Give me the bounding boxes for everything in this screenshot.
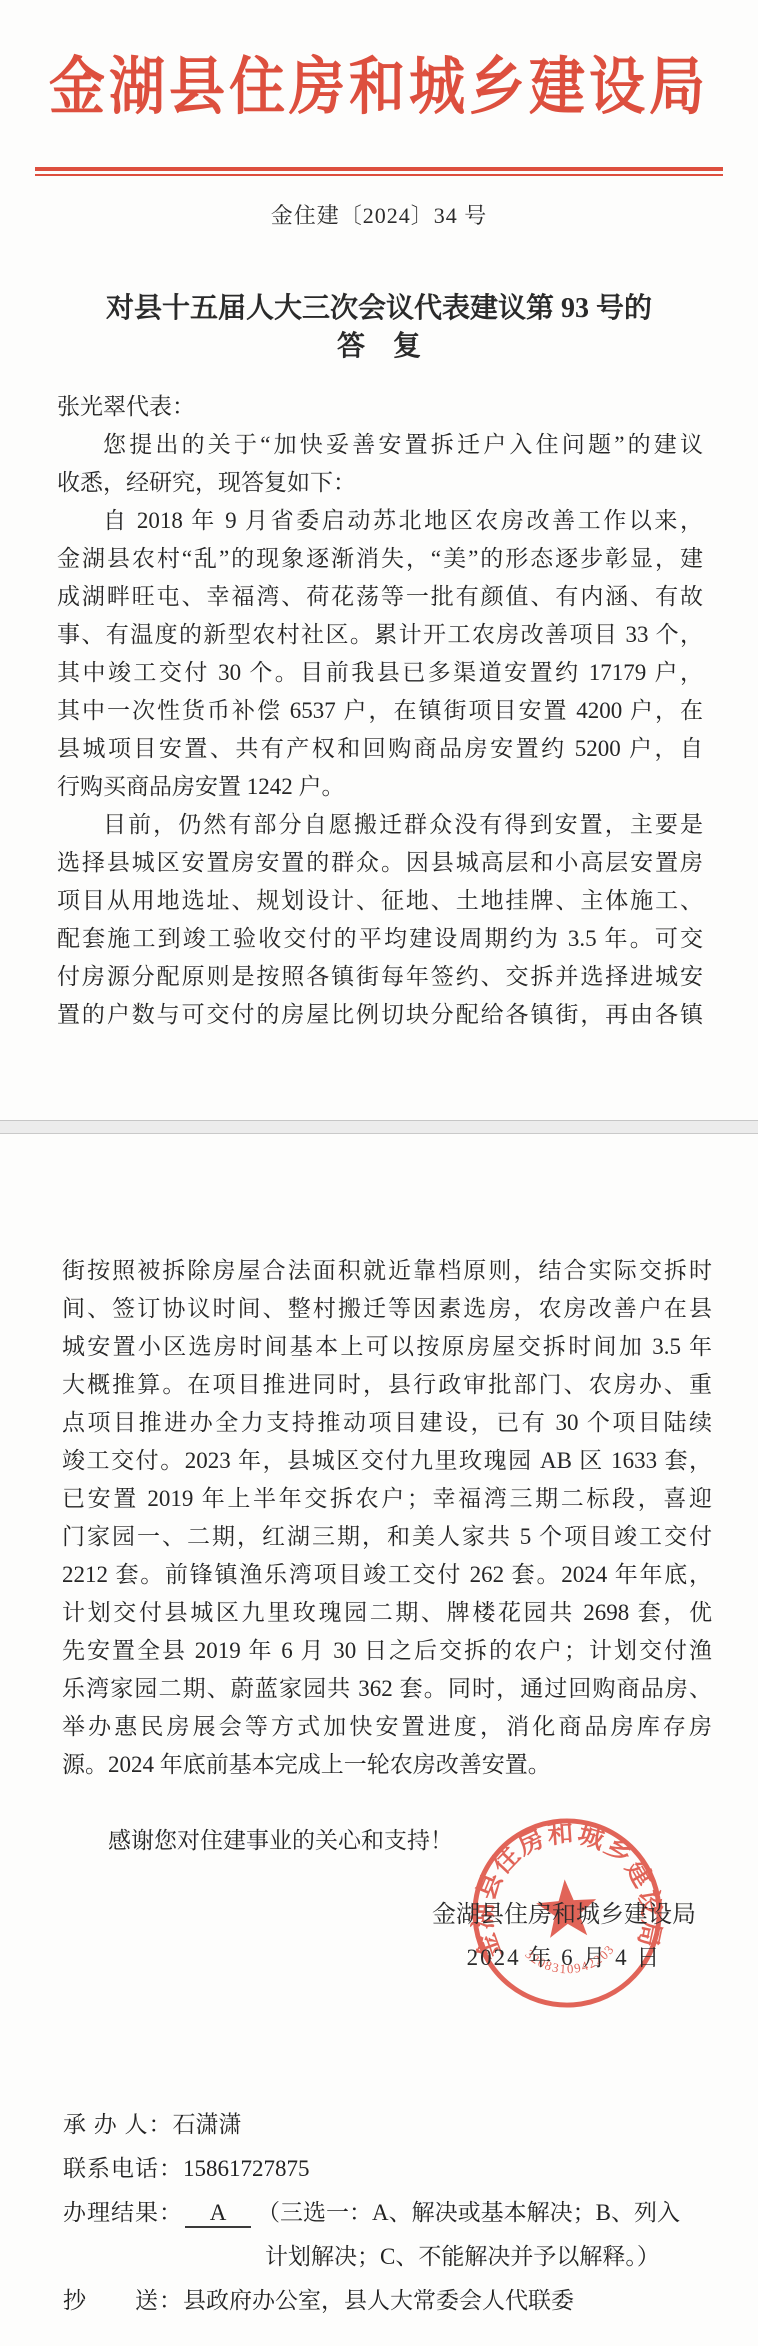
cc-value: 县政府办公室，县人大常委会人代联委 <box>183 2288 574 2313</box>
body-line: 目前，仍然有部分自愿搬迁群众没有得到安置，主要是 <box>57 806 703 844</box>
body-line: 其中竣工交付 30 个。目前我县已多渠道安置约 17179 户， <box>57 654 703 692</box>
body-line: 自 2018 年 9 月省委启动苏北地区农房改善工作以来， <box>57 502 703 540</box>
paragraph: 您提出的关于“加快妥善安置拆迁户入住问题”的建议收悉，经研究，现答复如下： <box>57 426 703 502</box>
footer-result-row-cont: 计划解决；C、不能解决并予以解释。） <box>63 2242 723 2272</box>
letterhead-title: 金湖县住房和城乡建设局 <box>0 34 758 142</box>
footer-result-row: 办理结果：A（三选一：A、解决或基本解决；B、列入 <box>63 2198 723 2228</box>
paragraph: 自 2018 年 9 月省委启动苏北地区农房改善工作以来，金湖县农村“乱”的现象… <box>57 502 703 806</box>
footer-contact-row: 承 办 人：石潇潇 <box>63 2110 723 2140</box>
body-line: 选择县城区安置房安置的群众。因县城高层和小高层安置房 <box>57 844 703 882</box>
document-number: 金住建〔2024〕34 号 <box>0 199 758 230</box>
result-label: 办理结果： <box>63 2200 183 2225</box>
document-title-line1: 对县十五届人大三次会议代表建议第 93 号的 <box>0 290 758 328</box>
contact-value: 石潇潇 <box>173 2112 242 2137</box>
body-line: 间、签订协议时间、整村搬迁等因素选房，农房改善户在县 <box>62 1290 712 1328</box>
body-line: 配套施工到竣工验收交付的平均建设周期约为 3.5 年。可交 <box>57 920 703 958</box>
contact-label: 承 办 人： <box>63 2112 173 2137</box>
body-line: 项目从用地选址、规划设计、征地、土地挂牌、主体施工、 <box>57 882 703 920</box>
body-line: 竣工交付。2023 年，县城区交付九里玫瑰园 AB 区 1633 套， <box>62 1442 712 1480</box>
phone-label: 联系电话： <box>63 2156 183 2181</box>
signature-block: 金湖县住房和城乡建设局 2024 年 6 月 4 日 <box>426 1898 702 1975</box>
letterhead-rule-thick <box>35 167 723 171</box>
body-line: 事、有温度的新型农村社区。累计开工农房改善项目 33 个， <box>57 616 703 654</box>
page-break-band <box>0 1120 758 1134</box>
letterhead-rule-thin <box>35 174 723 176</box>
body-line: 举办惠民房展会等方式加快安置进度，消化商品房库存房 <box>62 1708 712 1746</box>
phone-value: 15861727875 <box>183 2156 310 2181</box>
body-line: 先安置全县 2019 年 6 月 30 日之后交拆的农户；计划交付渔 <box>62 1632 712 1670</box>
body-line: 点项目推进办全力支持推动项目建设，已有 30 个项目陆续 <box>62 1404 712 1442</box>
body-line: 乐湾家园二期、蔚蓝家园共 362 套。同时，通过回购商品房、 <box>62 1670 712 1708</box>
body-line: 城安置小区选房时间基本上可以按原房屋交拆时间加 3.5 年 <box>62 1328 712 1366</box>
paragraph: 目前，仍然有部分自愿搬迁群众没有得到安置，主要是选择县城区安置房安置的群众。因县… <box>57 806 703 1034</box>
document-title-line2: 答 复 <box>0 328 758 366</box>
body-line: 付房源分配原则是按照各镇街每年签约、交拆并选择进城安 <box>57 958 703 996</box>
signature-org: 金湖县住房和城乡建设局 <box>426 1898 702 1932</box>
result-note-line1: （三选一：A、解决或基本解决；B、列入 <box>257 2200 680 2225</box>
body-line: 张光翠代表： <box>57 388 703 426</box>
body-line: 大概推算。在项目推进同时，县行政审批部门、农房办、重 <box>62 1366 712 1404</box>
body-page2: 街按照被拆除房屋合法面积就近靠档原则，结合实际交拆时间、签订协议时间、整村搬迁等… <box>62 1252 712 1860</box>
body-line: 成湖畔旺屯、幸福湾、荷花荡等一批有颜值、有内涵、有故 <box>57 578 703 616</box>
result-note-line2: 计划解决；C、不能解决并予以解释。） <box>265 2244 660 2269</box>
body-line: 您提出的关于“加快妥善安置拆迁户入住问题”的建议 <box>57 426 703 464</box>
paragraph: 张光翠代表： <box>57 388 703 426</box>
body-line: 门家园一、二期，红湖三期，和美人家共 5 个项目竣工交付 <box>62 1518 712 1556</box>
body-line: 其中一次性货币补偿 6537 户，在镇街项目安置 4200 户，在 <box>57 692 703 730</box>
body-line: 行购买商品房安置 1242 户。 <box>57 768 703 806</box>
body-page1: 张光翠代表：您提出的关于“加快妥善安置拆迁户入住问题”的建议收悉，经研究，现答复… <box>57 388 703 1034</box>
result-value: A <box>185 2200 251 2228</box>
footer-block: 承 办 人：石潇潇 联系电话：15861727875 办理结果：A（三选一：A、… <box>63 2110 723 2330</box>
document-page: 金湖县住房和城乡建设局 金住建〔2024〕34 号 对县十五届人大三次会议代表建… <box>0 0 758 2346</box>
footer-phone-row: 联系电话：15861727875 <box>63 2154 723 2184</box>
footer-cc-row: 抄 送：县政府办公室，县人大常委会人代联委 <box>63 2286 723 2316</box>
body-line: 计划交付县城区九里玫瑰园二期、牌楼花园共 2698 套，优 <box>62 1594 712 1632</box>
body-line: 收悉，经研究，现答复如下： <box>57 464 703 502</box>
body-line: 2212 套。前锋镇渔乐湾项目竣工交付 262 套。2024 年年底， <box>62 1556 712 1594</box>
paragraph: 街按照被拆除房屋合法面积就近靠档原则，结合实际交拆时间、签订协议时间、整村搬迁等… <box>62 1252 712 1784</box>
body-line: 县城项目安置、共有产权和回购商品房安置约 5200 户，自 <box>57 730 703 768</box>
body-line: 已安置 2019 年上半年交拆农户；幸福湾三期二标段，喜迎 <box>62 1480 712 1518</box>
body-line: 源。2024 年底前基本完成上一轮农房改善安置。 <box>62 1746 712 1784</box>
body-line: 金湖县农村“乱”的现象逐渐消失，“美”的形态逐步彰显，建 <box>57 540 703 578</box>
body-line: 街按照被拆除房屋合法面积就近靠档原则，结合实际交拆时 <box>62 1252 712 1290</box>
document-title: 对县十五届人大三次会议代表建议第 93 号的 答 复 <box>0 290 758 366</box>
cc-label: 抄 送： <box>63 2288 183 2313</box>
signature-date: 2024 年 6 月 4 日 <box>426 1941 702 1975</box>
body-line: 置的户数与可交付的房屋比例切块分配给各镇街，再由各镇 <box>57 996 703 1034</box>
